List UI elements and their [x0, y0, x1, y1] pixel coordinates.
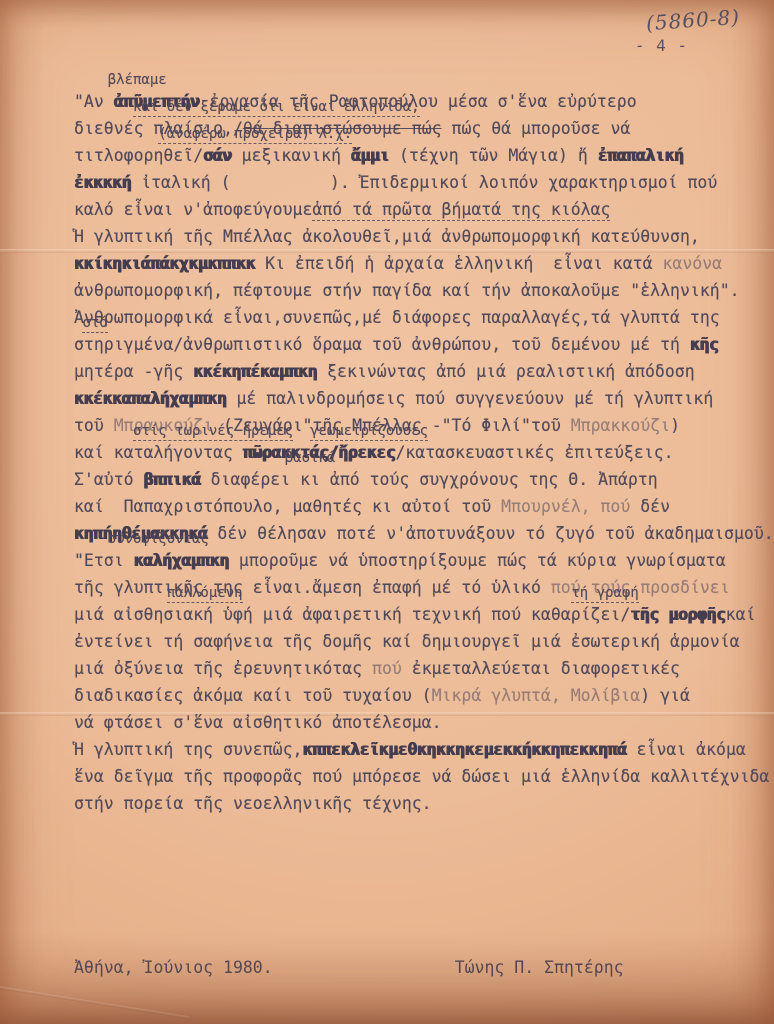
text-line: μιά ὀξύνεια τῆς ἐρευνητικότας πού ἐκμετα… — [74, 655, 762, 682]
text-line: Σ'αὐτό βππικά διαφέρει κι ἀπό τούς συγχρ… — [74, 466, 762, 493]
typed-text — [74, 99, 133, 115]
text-line: στηριγμένα/ἀνθρωπιστικό ὅραμα τοῦ ἀνθρώπ… — [74, 331, 762, 358]
typed-text: /κατασκευαστικές ἐπιτεύξεις. — [395, 443, 673, 462]
typed-text: μιά αἰσθησιακή ὑφή μιά ἀφαιρετική τεχνικ… — [74, 605, 630, 624]
struck-out-text: κππεκλεῖκμεθκηκκηκεμεκκήκκηπεκκηπά — [302, 740, 626, 759]
document-page: (5860-8) - 4 - βλέπαμε"Αν ἀπῦμεπτήν ἐργα… — [0, 0, 774, 1024]
text-line: διαδικασίες ἀκόμα καίι τοῦ τυχαίου (Μικρ… — [74, 682, 762, 709]
typed-text: μητέρα -γῆς — [74, 362, 193, 381]
typewritten-text: βλέπαμε"Αν ἀπῦμεπτήν ἐργασία τῆς Ραφτοπο… — [74, 88, 762, 817]
typed-text: κανόνα — [662, 254, 722, 273]
corner-crease — [0, 982, 189, 1019]
text-line: ἕνα δεῖγμα τῆς προφορᾶς πού μπόρεσε νά δ… — [74, 763, 762, 790]
typed-text: διαφέρει κι ἀπό τούς συγχρόνους της Θ. Ἀ… — [201, 470, 658, 489]
text-line: καλό εἶναι ν'ἀποφεύγουμεἀπό τά πρῶτα βήμ… — [74, 196, 762, 223]
typed-text: συνοψίζοντας — [108, 531, 209, 547]
typed-text — [74, 450, 285, 466]
typed-text: Μπουρνέλ, πού — [501, 497, 630, 516]
text-line: μητέρα -γῆς κκέκηπέκαμπκη ξεκινώντας ἀπό… — [74, 358, 762, 385]
page-number: - 4 - — [635, 36, 688, 55]
typed-text: μέ παλινδρομήσεις πού συγγενεύουν μέ τή … — [227, 389, 714, 408]
struck-out-text: ἄμμι — [351, 146, 389, 165]
struck-out-text: κκίκηκιάπάκχκμκππκκ — [74, 254, 255, 273]
signature: Τώνης Π. Σπητέρης — [455, 958, 624, 977]
text-line: ἀνθρωπομορφική, πέφτουμε στήν παγίδα καί… — [74, 277, 762, 304]
typed-text: ) γιά — [640, 686, 690, 705]
typed-text: ἰταλική ( ). Ἐπιδερμικοί λοιπόν χαρακτηρ… — [131, 173, 717, 192]
typed-text: Ἡ γλυπτική τῆς Μπέλλας ἀκολουθεῖ,μιά ἀνθ… — [74, 227, 700, 246]
struck-out-text: καλήχαμπκη — [134, 551, 229, 570]
typed-text: εἶναι ἀκόμα — [627, 740, 746, 759]
typed-text — [74, 531, 108, 547]
typed-text: βασικά — [285, 450, 336, 466]
typed-text: διαδικασίες ἀκόμα καίι τοῦ τυχαίου ( — [74, 686, 432, 705]
typed-text — [74, 423, 133, 439]
typed-text: ἐκμεταλλεύεται διαφορετικές — [402, 659, 680, 678]
struck-out-text: κκέκηπέκαμπκη — [193, 362, 317, 381]
struck-out-text: ἐπαπαλική — [598, 146, 684, 165]
typed-text: τιτλοφορηθεῖ/ — [74, 146, 203, 165]
struck-out-text: ἐκκκκή — [74, 173, 131, 192]
typed-text: μεξικανική — [232, 146, 351, 165]
typed-text: στήν πορεία τῆς νεοελληνικῆς τέχνης. — [74, 794, 432, 813]
typed-text: "Ετσι — [74, 551, 134, 570]
struck-out-text: τῆς μορφῆς — [630, 605, 725, 624]
underlined-text: παλλόμενη — [167, 585, 243, 603]
typed-text: ξεκινώντας ἀπό μιά ρεαλιστική ἀπόδοση — [317, 362, 695, 381]
typed-text: Μπρακκούζι — [571, 416, 670, 435]
typed-text: πώς θά μποροῦσε νά — [442, 119, 631, 138]
underlined-text: στίς τωρινές ἤρεμες — [133, 423, 293, 441]
text-line: ἐντείνει τή σαφήνεια τῆς δομῆς καί δημιο… — [74, 628, 762, 655]
text-line: καί Παπαχριστόπουλο, μαθητές κι αὐτοί το… — [74, 493, 762, 520]
typed-text: δέν — [630, 497, 670, 516]
text-line: "Ετσι καλήχαμπκη μποροῦμε νά ὑποστηρίξου… — [74, 547, 762, 574]
typed-text: ἀνθρωπομορφική, πέφτουμε στήν παγίδα καί… — [74, 281, 740, 300]
underlined-text: καί δέν ξέραμε ὅτι εἶναι ἑλληνίδα, — [133, 99, 420, 117]
text-line: Ἡ γλυπτική τῆς Μπέλλας ἀκολουθεῖ,μιά ἀνθ… — [74, 223, 762, 250]
typed-text: καί — [726, 605, 756, 624]
typed-text: ἕνα δεῖγμα τῆς προφορᾶς πού μπόρεσε νά δ… — [74, 767, 769, 786]
typed-text: ἐντείνει τή σαφήνεια τῆς δομῆς καί δημιο… — [74, 632, 740, 651]
text-line: Ἀνθρωπομορφικά εἶναι,συνεπῶς,μέ διάφορες… — [74, 304, 762, 331]
typed-text: νά φτάσει σ'ἕνα αἰσθητικό ἀποτέλεσμα. — [74, 713, 442, 732]
typed-text: Ἡ γλυπτική της συνεπῶς, — [74, 740, 302, 759]
place-date: Ἀθήνα, Ἰούνιος 1980. — [74, 958, 273, 977]
typed-text — [74, 585, 167, 601]
text-line: νά φτάσει σ'ἕνα αἰσθητικό ἀποτέλεσμα. — [74, 709, 762, 736]
typed-text: καλό εἶναι ν'ἀποφεύγουμε — [74, 200, 312, 219]
underlined-text: στό — [82, 315, 107, 333]
typed-text — [74, 72, 108, 88]
typed-text: πού — [372, 659, 402, 678]
text-line: ἐκκκκή ἰταλική ( ). Ἐπιδερμικοί λοιπόν χ… — [74, 169, 762, 196]
typed-text: Μικρά γλυπτά, Μολίβια — [432, 686, 641, 705]
footer-line: Ἀθήνα, Ἰούνιος 1980.Τώνης Π. Σπητέρης — [74, 958, 762, 977]
text-line: Ἡ γλυπτική της συνεπῶς,κππεκλεῖκμεθκηκκη… — [74, 736, 762, 763]
typed-text: Κι ἐπειδή ἡ ἀρχαία ἑλληνική εἶναι κατά — [255, 254, 662, 273]
typed-text: βλέπαμε — [108, 72, 167, 88]
typed-text: Σ'αὐτό — [74, 470, 144, 489]
struck-out-text: κκέκκαπαλήχαμπκη — [74, 389, 227, 408]
typed-text: μποροῦμε νά ὑποστηρίξουμε πώς τά κύρια γ… — [229, 551, 726, 570]
typed-text — [293, 423, 310, 439]
typed-text: καί Παπαχριστόπουλο, μαθητές κι αὐτοί το… — [74, 497, 501, 516]
struck-out-text: κῆς — [690, 335, 719, 354]
typed-text: δέν θέλησαν ποτέ ν'ἀποτυνάξουν τό ζυγό τ… — [207, 524, 773, 543]
typed-text: (τέχνη τῶν Μάγια) ἤ — [389, 146, 598, 165]
struck-out-text: βππικά — [144, 470, 201, 489]
typed-text — [74, 126, 158, 142]
underlined-text: τή γραφή — [571, 585, 638, 603]
text-line: κκίκηκιάπάκχκμκππκκ Κι ἐπειδή ἡ ἀρχαία ἑ… — [74, 250, 762, 277]
typed-text: στηριγμένα/ἀνθρωπιστικό ὅραμα τοῦ ἀνθρώπ… — [74, 335, 690, 354]
text-line: τιτλοφορηθεῖ/σάν μεξικανική ἄμμι (τέχνη … — [74, 142, 762, 169]
underlined-text: (ἀναφέρω πρόχειρα) λ.χ. — [158, 126, 352, 144]
typed-text: ) — [670, 416, 680, 435]
text-line: μιά αἰσθησιακή ὑφή μιά ἀφαιρετική τεχνικ… — [74, 601, 762, 628]
text-line: στήν πορεία τῆς νεοελληνικῆς τέχνης. — [74, 790, 762, 817]
typed-text — [243, 585, 572, 601]
typed-text: Ἀνθρωπομορφικά εἶναι,συνεπῶς,μέ διάφορες… — [74, 308, 720, 327]
struck-out-text: σάν — [203, 146, 232, 165]
handwritten-reference: (5860-8) — [645, 5, 740, 35]
underlined-text: ἀπό τά πρῶτα βήματά της κιόλας — [312, 200, 610, 221]
text-line: κκέκκαπαλήχαμπκη μέ παλινδρομήσεις πού σ… — [74, 385, 762, 412]
underlined-text: γεωμετρίζουσες — [310, 423, 428, 441]
typed-text: μιά ὀξύνεια τῆς ἐρευνητικότας — [74, 659, 372, 678]
